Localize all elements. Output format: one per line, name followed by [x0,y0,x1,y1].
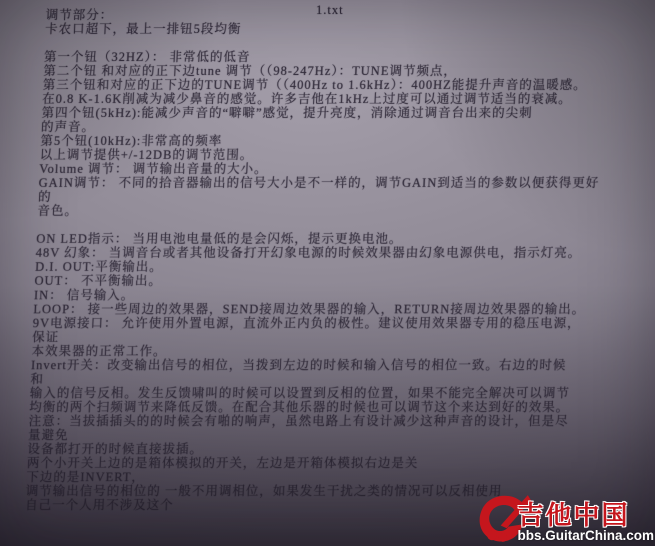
text-line: 的声音。 [41,120,602,134]
watermark-text: 吉他中国 bbs.GuitarChina.com [517,502,654,544]
text-line [37,218,598,232]
text-line: 第5个钮(10kHz):非常高的频率 [40,134,601,148]
text-line: IN： 信号输入。 [34,288,595,302]
document-photo: 1.txt 调节部分：卡农口超下，最上一排钮5段均衡 第一个钮（32HZ）： 非… [0,0,655,546]
document-text: 调节部分：卡农口超下，最上一排钮5段均衡 第一个钮（32HZ）： 非常低的低音第… [25,8,607,512]
text-line: 和 [30,372,591,386]
text-line: 卡农口超下，最上一排钮5段均衡 [45,22,606,36]
text-line [44,36,605,50]
text-line: 第三个钮和对应的正下边的TUNE调节（（400Hz to 1.6kHz）：400… [42,78,603,92]
text-line: 量避免 [28,428,589,442]
text-line: 在0.8 K-1.6K削减为减少鼻音的感觉。许多吉他在1kHz上过度可以通过调节… [42,92,603,106]
text-line: 第一个钮（32HZ）： 非常低的低音 [44,50,605,64]
text-line: Invert开关：改变输出信号的相位，当拨到左边的时候和输入信号的相位一致。右边… [31,358,592,372]
text-line: 第二个钮 和对应的正下边tune 调节（（98-247Hz）：TUNE调节频点， [43,64,604,78]
text-line: 保证 [32,330,593,344]
text-line: D.I. OUT:平衡输出。 [35,260,596,274]
text-line: 第四个钮(5kHz):能减少声音的“噼噼”感觉，提升亮度，消除通过调音台出来的尖… [41,106,602,120]
text-line: GAIN调节： 不同的拾音器输出的信号大小是不一样的，调节GAIN到适当的参数以… [38,176,599,190]
text-line: OUT： 不平衡输出。 [34,274,595,288]
text-line: 两个小开关上边的是箱体模拟的开关，左边是开箱体模拟右边是关 [27,456,588,470]
text-line: 调节部分： [45,8,606,22]
watermark-site-name: 吉他中国 [517,502,629,528]
watermark-site-url: bbs.GuitarChina.com [517,528,654,544]
text-line: LOOP： 接一些周边的效果器，SEND接周边效果器的输入，RETURN接周边效… [33,302,594,316]
text-line: ON LED指示： 当用电池电量低的是会闪烁，提示更换电池。 [36,232,597,246]
text-line: 注意：当拔插插头的的时候会有啪的响声，虽然电路上有设计减少这种声音的设计，但是尽 [28,414,589,428]
text-line: 均衡的两个扫频调节来降低反馈。在配合其他乐器的时候也可以调节这个来达到好的效果。 [29,400,590,414]
text-line: Volume 调节： 调节输出音量的大小。 [39,162,600,176]
text-line: 音色。 [37,204,598,218]
text-line: 本效果器的正常工作。 [31,344,592,358]
text-line: 输入的信号反相。发生反馈啸叫的时候可以设置到反相的位置，如果不能完全解决可以调节 [30,386,591,400]
text-line: 9V电源接口： 允许使用外置电源，直流外正内负的极性。建议使用效果器专用的稳压电… [33,316,594,330]
text-line: 48V 幻象： 当调音台或者其他设备打开幻象电源的时候效果器由幻象电源供电，指示… [35,246,596,260]
text-line: 下边的是INVERT， [26,470,587,484]
text-line: 设备都打开的时候直接拔插。 [27,442,588,456]
text-line: 以上调节提供+/-12DB的调节范围。 [40,148,601,162]
text-line: 的 [38,190,599,204]
guitarchina-watermark: 吉他中国 bbs.GuitarChina.com [477,494,654,544]
